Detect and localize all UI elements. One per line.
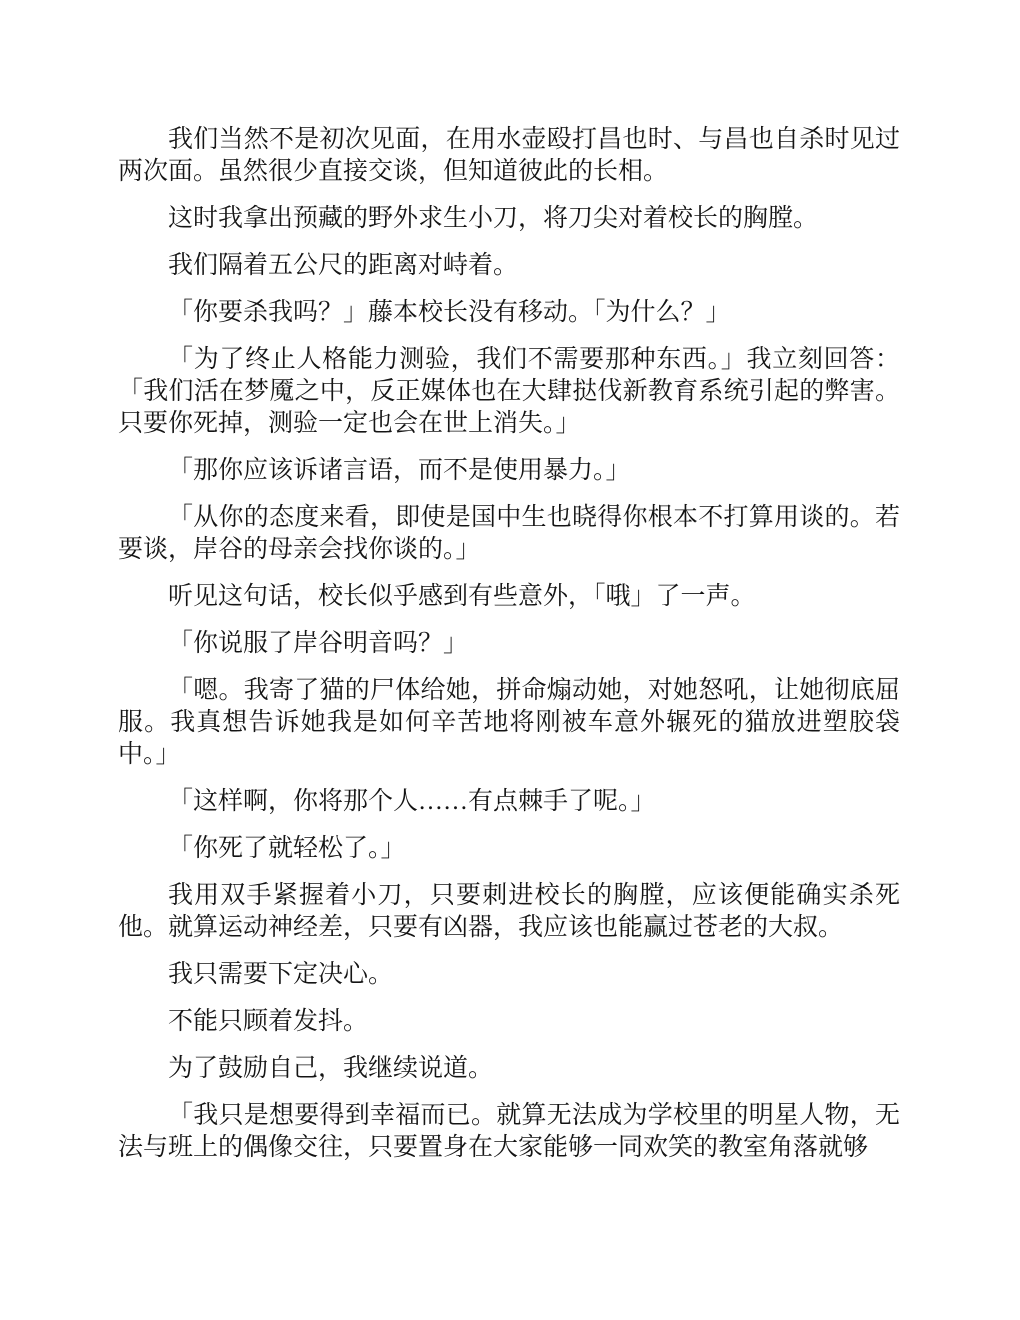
paragraph: 「从你的态度来看，即使是国中生也晓得你根本不打算用谈的。若要谈，岸谷的母亲会找你… bbox=[118, 502, 900, 566]
paragraph: 我们当然不是初次见面，在用水壶殴打昌也时、与昌也自杀时见过两次面。虽然很少直接交… bbox=[118, 124, 900, 188]
document-page: 我们当然不是初次见面，在用水壶殴打昌也时、与昌也自杀时见过两次面。虽然很少直接交… bbox=[0, 0, 1020, 1320]
novel-text-block: 我们当然不是初次见面，在用水壶殴打昌也时、与昌也自杀时见过两次面。虽然很少直接交… bbox=[118, 124, 900, 1164]
paragraph: 「我只是想要得到幸福而已。就算无法成为学校里的明星人物，无法与班上的偶像交往，只… bbox=[118, 1100, 900, 1164]
paragraph: 「为了终止人格能力测验，我们不需要那种东西。」我立刻回答：「我们活在梦魇之中，反… bbox=[118, 344, 900, 440]
paragraph: 「这样啊，你将那个人……有点棘手了呢。」 bbox=[118, 786, 900, 818]
paragraph: 「你说服了岸谷明音吗？」 bbox=[118, 628, 900, 660]
paragraph: 「嗯。我寄了猫的尸体给她，拼命煽动她，对她怒吼，让她彻底屈服。我真想告诉她我是如… bbox=[118, 675, 900, 771]
paragraph: 不能只顾着发抖。 bbox=[118, 1006, 900, 1038]
paragraph: 听见这句话，校长似乎感到有些意外，「哦」了一声。 bbox=[118, 581, 900, 613]
paragraph: 「那你应该诉诸言语，而不是使用暴力。」 bbox=[118, 455, 900, 487]
paragraph: 我们隔着五公尺的距离对峙着。 bbox=[118, 250, 900, 282]
paragraph: 为了鼓励自己，我继续说道。 bbox=[118, 1053, 900, 1085]
paragraph: 「你要杀我吗？」藤本校长没有移动。「为什么？」 bbox=[118, 297, 900, 329]
paragraph: 「你死了就轻松了。」 bbox=[118, 833, 900, 865]
paragraph: 我用双手紧握着小刀，只要刺进校长的胸膛，应该便能确实杀死他。就算运动神经差，只要… bbox=[118, 880, 900, 944]
paragraph: 我只需要下定决心。 bbox=[118, 959, 900, 991]
paragraph: 这时我拿出预藏的野外求生小刀，将刀尖对着校长的胸膛。 bbox=[118, 203, 900, 235]
